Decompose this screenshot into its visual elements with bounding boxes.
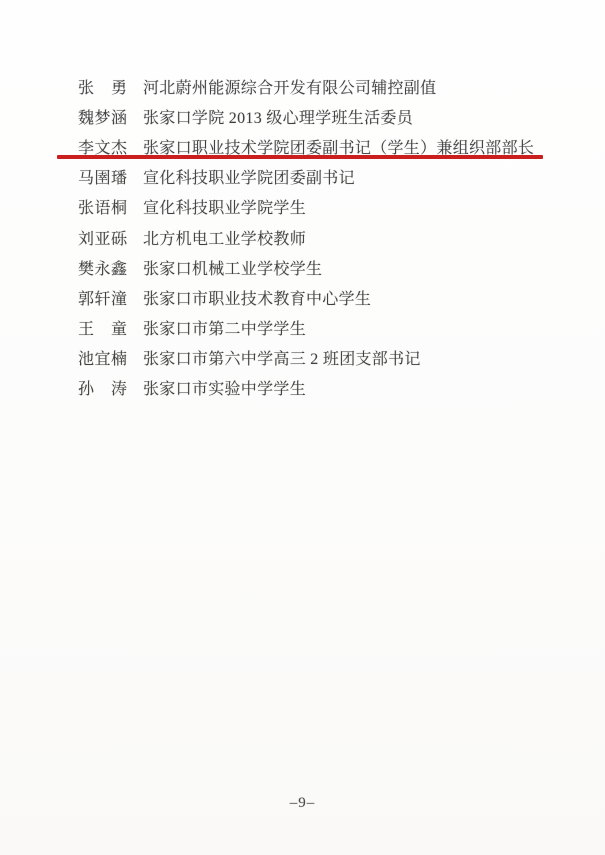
roster-list: 张 勇 河北蔚州能源综合开发有限公司辅控副值 魏梦涵 张家口学院 2013 级心… — [78, 71, 534, 403]
person-title: 河北蔚州能源综合开发有限公司辅控副值 — [143, 75, 436, 98]
person-name: 孙 涛 — [78, 376, 127, 399]
person-title: 张家口学院 2013 级心理学班生活委员 — [143, 105, 413, 128]
person-title: 张家口机械工业学校学生 — [143, 256, 322, 279]
person-title: 张家口市第六中学高三 2 班团支部书记 — [143, 346, 421, 369]
person-name: 池宜楠 — [78, 346, 127, 369]
person-name: 刘亚砾 — [78, 226, 127, 249]
person-title: 宣化科技职业学院团委副书记 — [143, 165, 355, 188]
person-name: 张语桐 — [78, 195, 127, 218]
list-item: 张 勇 河北蔚州能源综合开发有限公司辅控副值 — [78, 71, 534, 101]
list-item: 魏梦涵 张家口学院 2013 级心理学班生活委员 — [78, 101, 534, 131]
person-title: 张家口市职业技术教育中心学生 — [143, 286, 371, 309]
person-name: 王 童 — [78, 316, 127, 339]
document-page: 张 勇 河北蔚州能源综合开发有限公司辅控副值 魏梦涵 张家口学院 2013 级心… — [0, 0, 605, 855]
person-name: 樊永鑫 — [78, 256, 127, 279]
list-item: 郭轩潼 张家口市职业技术教育中心学生 — [78, 282, 534, 312]
list-item: 王 童 张家口市第二中学学生 — [78, 313, 534, 343]
list-item: 池宜楠 张家口市第六中学高三 2 班团支部书记 — [78, 343, 534, 373]
list-item: 李文杰 张家口职业技术学院团委副书记（学生）兼组织部部长 — [78, 131, 534, 161]
person-name: 魏梦涵 — [78, 105, 127, 128]
page-number: –9– — [0, 795, 605, 812]
list-item: 张语桐 宣化科技职业学院学生 — [78, 192, 534, 222]
person-name: 马圉璠 — [78, 165, 127, 188]
list-item: 马圉璠 宣化科技职业学院团委副书记 — [78, 162, 534, 192]
person-name: 郭轩潼 — [78, 286, 127, 309]
person-title: 宣化科技职业学院学生 — [143, 195, 306, 218]
person-title: 张家口市第二中学学生 — [143, 316, 306, 339]
list-item: 孙 涛 张家口市实验中学学生 — [78, 373, 534, 403]
highlight-underline — [57, 155, 543, 159]
list-item: 樊永鑫 张家口机械工业学校学生 — [78, 252, 534, 282]
person-title: 北方机电工业学校教师 — [143, 226, 306, 249]
list-item: 刘亚砾 北方机电工业学校教师 — [78, 222, 534, 252]
person-name: 张 勇 — [78, 75, 127, 98]
person-title: 张家口市实验中学学生 — [143, 376, 306, 399]
